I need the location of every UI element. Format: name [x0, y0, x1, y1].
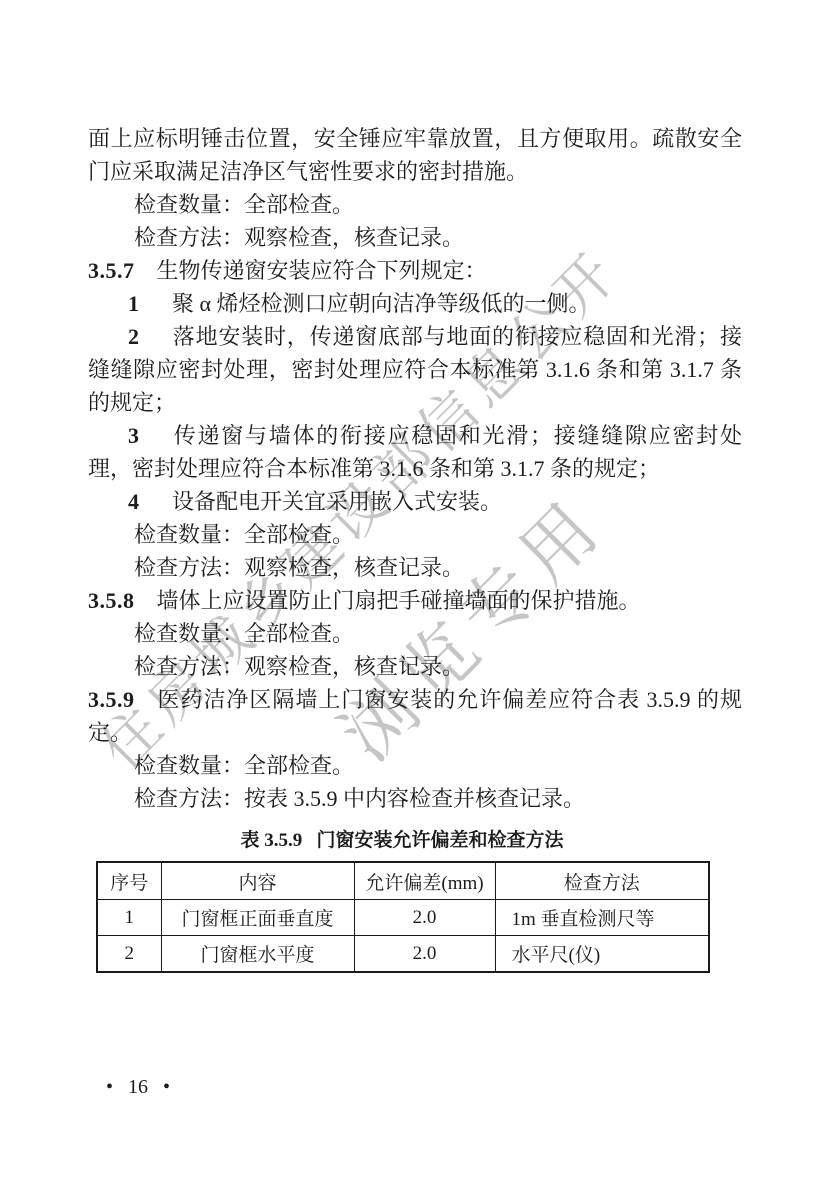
table-caption: 表 3.5.9门窗安装允许偏差和检查方法: [96, 829, 708, 853]
clause-number: 3.5.9: [88, 687, 135, 712]
check-method-line: 检查方法：观察检查，核查记录。: [88, 551, 742, 584]
page-body: 面上应标明锤击位置，安全锤应牢靠放置，且方便取用。疏散安全门应采取满足洁净区气密…: [88, 122, 742, 973]
paragraph-text: 检查方法：观察检查，核查记录。: [134, 225, 464, 250]
item-text: 聚 α 烯烃检测口应朝向洁净等级低的一侧。: [172, 291, 591, 316]
clause-3-5-7: 3.5.7生物传递窗安装应符合下列规定：: [88, 254, 742, 287]
header-deviation: 允许偏差(mm): [354, 862, 495, 900]
check-method-line: 检查方法：按表 3.5.9 中内容检查并核查记录。: [88, 782, 742, 815]
header-method: 检查方法: [495, 862, 709, 900]
item-number: 4: [128, 489, 139, 514]
clause-text: 医药洁净区隔墙上门窗安装的允许偏差应符合表 3.5.9 的规定。: [88, 687, 742, 745]
check-quantity-line: 检查数量：全部检查。: [88, 617, 742, 650]
clause-number: 3.5.8: [88, 588, 135, 613]
cell-content: 门窗框正面垂直度: [161, 900, 354, 936]
table-caption-title: 门窗安装允许偏差和检查方法: [317, 830, 564, 851]
paragraph-text: 检查数量：全部检查。: [134, 522, 354, 547]
check-quantity-line: 检查数量：全部检查。: [88, 749, 742, 782]
table-row: 1 门窗框正面垂直度 2.0 1m 垂直检测尺等: [97, 900, 709, 936]
paragraph-text: 面上应标明锤击位置，安全锤应牢靠放置，且方便取用。疏散安全门应采取满足洁净区气密…: [88, 126, 742, 184]
check-quantity-line: 检查数量：全部检查。: [88, 518, 742, 551]
cell-seq: 1: [97, 900, 161, 936]
table-header-row: 序号 内容 允许偏差(mm) 检查方法: [97, 862, 709, 900]
cell-deviation: 2.0: [354, 900, 495, 936]
cell-content: 门窗框水平度: [161, 936, 354, 973]
header-content: 内容: [161, 862, 354, 900]
paragraph-text: 检查方法：按表 3.5.9 中内容检查并核查记录。: [134, 786, 585, 811]
table-row: 2 门窗框水平度 2.0 水平尺(仪): [97, 936, 709, 973]
cell-seq: 2: [97, 936, 161, 973]
paragraph-text: 检查方法：观察检查，核查记录。: [134, 555, 464, 580]
cell-deviation: 2.0: [354, 936, 495, 973]
paragraph-text: 检查数量：全部检查。: [134, 753, 354, 778]
cell-method: 1m 垂直检测尺等: [495, 900, 709, 936]
item-number: 2: [128, 324, 139, 349]
item-text: 落地安装时，传递窗底部与地面的衔接应稳固和光滑；接缝缝隙应密封处理，密封处理应符…: [88, 324, 742, 415]
clause-3-5-8: 3.5.8墙体上应设置防止门扇把手碰撞墙面的保护措施。: [88, 584, 742, 617]
paragraph-text: 检查数量：全部检查。: [134, 192, 354, 217]
document-page: 住房城乡建设部信息公开 浏览专用 面上应标明锤击位置，安全锤应牢靠放置，且方便取…: [0, 0, 827, 1200]
check-method-line: 检查方法：观察检查，核查记录。: [88, 650, 742, 683]
clause-3-5-9: 3.5.9医药洁净区隔墙上门窗安装的允许偏差应符合表 3.5.9 的规定。: [88, 683, 742, 749]
item-2: 2落地安装时，传递窗底部与地面的衔接应稳固和光滑；接缝缝隙应密封处理，密封处理应…: [88, 320, 742, 419]
paragraph-continuation: 面上应标明锤击位置，安全锤应牢靠放置，且方便取用。疏散安全门应采取满足洁净区气密…: [88, 122, 742, 188]
table-caption-label: 表 3.5.9: [240, 830, 302, 851]
item-3: 3传递窗与墙体的衔接应稳固和光滑；接缝缝隙应密封处理，密封处理应符合本标准第 3…: [88, 419, 742, 485]
check-method-line: 检查方法：观察检查，核查记录。: [88, 221, 742, 254]
item-text: 设备配电开关宜采用嵌入式安装。: [172, 489, 502, 514]
paragraph-text: 检查方法：观察检查，核查记录。: [134, 654, 464, 679]
item-1: 1聚 α 烯烃检测口应朝向洁净等级低的一侧。: [88, 287, 742, 320]
item-number: 3: [128, 423, 139, 448]
paragraph-text: 检查数量：全部检查。: [134, 621, 354, 646]
header-seq: 序号: [97, 862, 161, 900]
page-number: • 16 •: [106, 1076, 170, 1099]
clause-text: 生物传递窗安装应符合下列规定：: [157, 258, 487, 283]
deviation-table: 序号 内容 允许偏差(mm) 检查方法 1 门窗框正面垂直度 2.0 1m 垂直…: [96, 861, 710, 973]
check-quantity-line: 检查数量：全部检查。: [88, 188, 742, 221]
item-text: 传递窗与墙体的衔接应稳固和光滑；接缝缝隙应密封处理，密封处理应符合本标准第 3.…: [88, 423, 742, 481]
item-4: 4设备配电开关宜采用嵌入式安装。: [88, 485, 742, 518]
cell-method: 水平尺(仪): [495, 936, 709, 973]
clause-number: 3.5.7: [88, 258, 135, 283]
clause-text: 墙体上应设置防止门扇把手碰撞墙面的保护措施。: [157, 588, 641, 613]
item-number: 1: [128, 291, 139, 316]
